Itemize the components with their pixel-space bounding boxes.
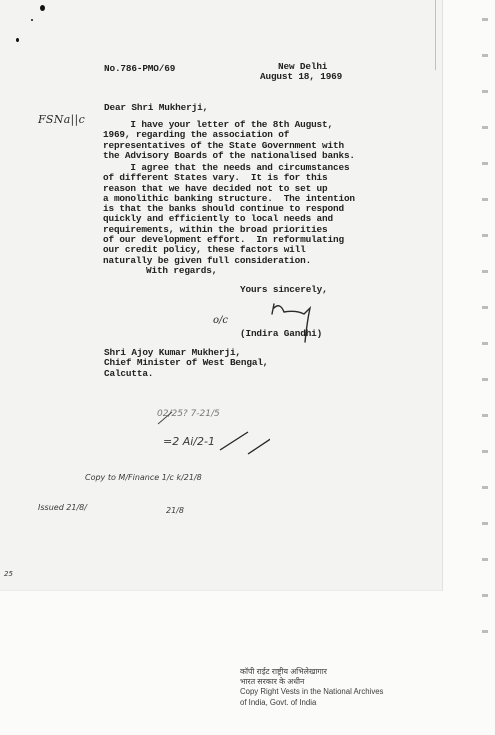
handwritten-annotation: Issued 21/8/ — [38, 503, 87, 512]
closing-line: Yours sincerely, — [240, 285, 328, 295]
stamp-line: Copy Right Vests in the National Archive… — [240, 687, 383, 697]
signatory-name: (Indira Gandhi) — [240, 329, 322, 339]
scan-edge-artifacts — [482, 0, 488, 660]
handwritten-annotation: Copy to M/Finance 1/c k/21/8 — [85, 473, 202, 482]
oc-note: o/c — [213, 315, 228, 326]
stamp-line: of India, Govt. of India — [240, 698, 383, 708]
body-paragraph-1: I have your letter of the 8th August, 19… — [103, 120, 355, 161]
archive-copyright-stamp: कॉपी राईट राष्ट्रीय अभिलेखागार भारत सरका… — [240, 667, 383, 708]
stamp-line: कॉपी राईट राष्ट्रीय अभिलेखागार — [240, 667, 383, 677]
margin-note: FSNa||c — [38, 113, 85, 126]
handwritten-annotation: 21/8 — [166, 506, 184, 515]
fold-line — [435, 0, 436, 70]
annotation-strokes — [150, 402, 270, 462]
reference-number: No.786-PMO/69 — [104, 64, 175, 74]
recipient-address: Shri Ajoy Kumar Mukherji, Chief Minister… — [104, 348, 268, 379]
salutation: Dear Shri Mukherji, — [104, 103, 208, 113]
stamp-line: भारत सरकार के अधीन — [240, 677, 383, 687]
regards-line: With regards, — [146, 266, 217, 276]
handwritten-annotation: 25 — [4, 570, 13, 578]
body-paragraph-2: I agree that the needs and circumstances… — [103, 163, 355, 266]
ink-speck — [40, 5, 45, 11]
letter-date: August 18, 1969 — [260, 72, 342, 82]
ink-speck — [16, 38, 19, 42]
ink-speck — [31, 19, 33, 21]
